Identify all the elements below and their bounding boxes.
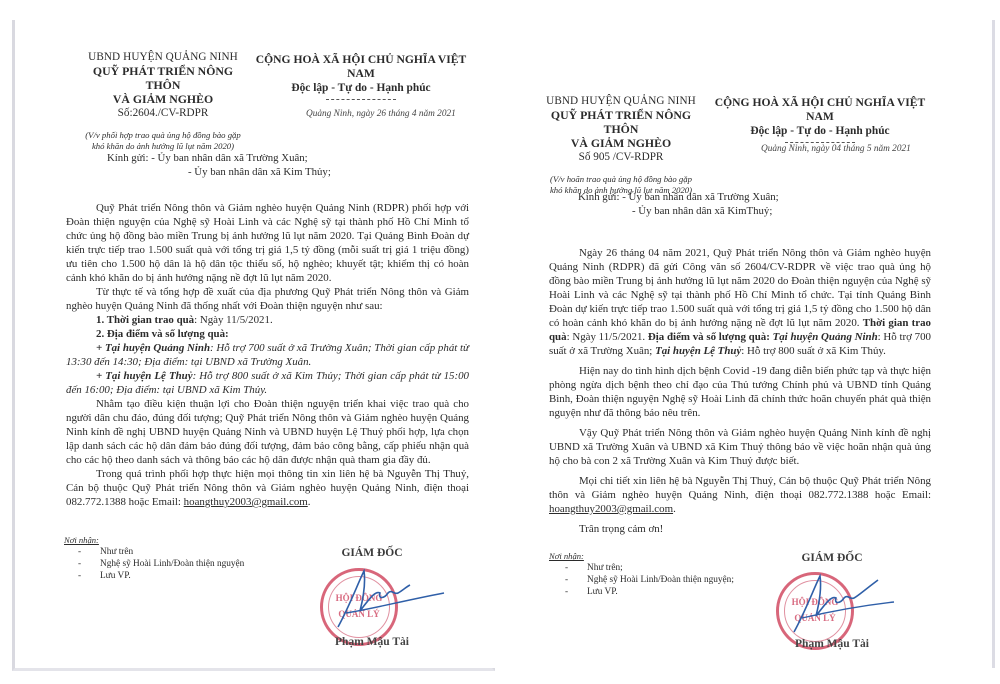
issuer-block: UBND HUYỆN QUẢNG NINH QUỸ PHÁT TRIỂN NÔN…: [78, 50, 248, 152]
distribution-item: Lưu VP.: [78, 570, 244, 582]
header-rule: [785, 142, 855, 143]
paragraph: Ngày 26 tháng 04 năm 2021, Quỹ Phát triể…: [549, 246, 931, 358]
paragraph: Từ thực tế và tổng hợp đề xuất của địa p…: [66, 285, 469, 313]
email-link[interactable]: hoangthuy2003@gmail.com: [184, 496, 308, 508]
header-rule: [326, 99, 396, 100]
document-right: UBND HUYỆN QUẢNG NINH QUỸ PHÁT TRIỂN NÔN…: [492, 20, 995, 668]
place-date: Quảng Ninh, ngày 04 tháng 5 năm 2021: [761, 144, 911, 154]
signature-block: GIÁM ĐỐC HỘI ĐỒNG QUẢN LÝ Phạm Mậu Tài: [302, 547, 442, 657]
paragraph: Quỹ Phát triển Nông thôn và Giảm nghèo h…: [66, 201, 469, 285]
recipients: Kính gửi: - Ủy ban nhân dân xã Trường Xu…: [578, 190, 779, 218]
item-location-heading: 2. Địa điểm và số lượng quà:: [66, 327, 469, 341]
fund-name-line1: QUỸ PHÁT TRIỂN NÔNG THÔN: [536, 108, 706, 136]
authority-name: UBND HUYỆN QUẢNG NINH: [536, 94, 706, 108]
recipient-item: Ủy ban nhân dân xã Trường Xuân;: [158, 152, 308, 164]
recipient-item: - Ủy ban nhân dân xã Kim Thủy;: [107, 165, 331, 179]
document-body: Ngày 26 tháng 04 năm 2021, Quỹ Phát triể…: [549, 246, 931, 536]
distribution-item: Như trên;: [565, 562, 734, 574]
motto: Độc lập - Tự do - Hạnh phúc: [700, 124, 940, 138]
location-le-thuy: + Tại huyện Lệ Thuỷ: Hỗ trợ 800 suất ở x…: [66, 369, 469, 397]
recipients-label: Kính gửi: -: [107, 152, 155, 164]
distribution-item: Lưu VP.: [565, 586, 734, 598]
signer-name: Phạm Mậu Tài: [302, 636, 442, 648]
signer-role: GIÁM ĐỐC: [302, 547, 442, 559]
distribution-item: Nghệ sỹ Hoài Linh/Đoàn thiện nguyện;: [565, 574, 734, 586]
recipients-label: Kính gửi: -: [578, 191, 626, 203]
distribution-title: Nơi nhận:: [64, 534, 244, 546]
signer-role: GIÁM ĐỐC: [762, 552, 902, 564]
nation-title: CỘNG HOÀ XÃ HỘI CHỦ NGHĨA VIỆT NAM: [700, 96, 940, 124]
signature-icon: [788, 570, 908, 640]
fund-name-line2: VÀ GIẢM NGHÈO: [78, 92, 248, 106]
national-header: CỘNG HOÀ XÃ HỘI CHỦ NGHĨA VIỆT NAM Độc l…: [700, 96, 940, 143]
contact-paragraph: Mọi chi tiết xin liên hệ bà Nguyễn Thị T…: [549, 474, 931, 516]
signature-icon: [332, 565, 452, 635]
fund-name-line2: VÀ GIẢM NGHÈO: [536, 136, 706, 150]
distribution-title: Nơi nhận:: [549, 550, 734, 562]
issuer-block: UBND HUYỆN QUẢNG NINH QUỸ PHÁT TRIỂN NÔN…: [536, 94, 706, 196]
paragraph: Nhằm tạo điều kiện thuận lợi cho Đoàn th…: [66, 397, 469, 467]
place-date: Quảng Ninh, ngày 26 tháng 4 năm 2021: [306, 109, 456, 119]
recipients: Kính gửi: - Ủy ban nhân dân xã Trường Xu…: [107, 151, 331, 179]
email-link[interactable]: hoangthuy2003@gmail.com: [549, 503, 673, 515]
signer-name: Phạm Mậu Tài: [762, 638, 902, 650]
document-left: UBND HUYỆN QUẢNG NINH QUỸ PHÁT TRIỂN NÔN…: [12, 20, 495, 671]
document-subject: (V/v phối hợp trao quà ủng hộ đồng bào g…: [78, 130, 248, 152]
recipient-item: Ủy ban nhân dân xã Trường Xuân;: [629, 191, 779, 203]
document-body: Quỹ Phát triển Nông thôn và Giảm nghèo h…: [66, 201, 469, 509]
document-number: Số 905 /CV-RDPR: [536, 150, 706, 164]
paragraph: Hiện nay do tình hình dịch bệnh Covid -1…: [549, 364, 931, 420]
distribution-list: Nơi nhận: Như trên; Nghệ sỹ Hoài Linh/Đo…: [549, 550, 734, 598]
authority-name: UBND HUYỆN QUẢNG NINH: [78, 50, 248, 64]
contact-paragraph: Trong quá trình phối hợp thực hiện mọi t…: [66, 467, 469, 509]
motto: Độc lập - Tự do - Hạnh phúc: [241, 81, 481, 95]
fund-name-line1: QUỸ PHÁT TRIỂN NÔNG THÔN: [78, 64, 248, 92]
distribution-item: Như trên: [78, 546, 244, 558]
document-number: Số:2604./CV-RDPR: [78, 106, 248, 120]
item-time: 1. Thời gian trao quà: Ngày 11/5/2021.: [66, 313, 469, 327]
distribution-item: Nghệ sỹ Hoài Linh/Đoàn thiện nguyện: [78, 558, 244, 570]
signature-block: GIÁM ĐỐC HỘI ĐỒNG QUẢN LÝ Phạm Mậu Tài: [762, 552, 902, 662]
recipient-item: - Ủy ban nhân dân xã KimThuỷ;: [578, 204, 779, 218]
location-quang-ninh: + Tại huyện Quảng Ninh: Hỗ trợ 700 suất …: [66, 341, 469, 369]
nation-title: CỘNG HOÀ XÃ HỘI CHỦ NGHĨA VIỆT NAM: [241, 53, 481, 81]
closing: Trân trọng cảm ơn!: [549, 522, 931, 536]
paragraph: Vậy Quỹ Phát triển Nông thôn và Giảm ngh…: [549, 426, 931, 468]
distribution-list: Nơi nhận: Như trên Nghệ sỹ Hoài Linh/Đoà…: [64, 534, 244, 582]
national-header: CỘNG HOÀ XÃ HỘI CHỦ NGHĨA VIỆT NAM Độc l…: [241, 53, 481, 100]
